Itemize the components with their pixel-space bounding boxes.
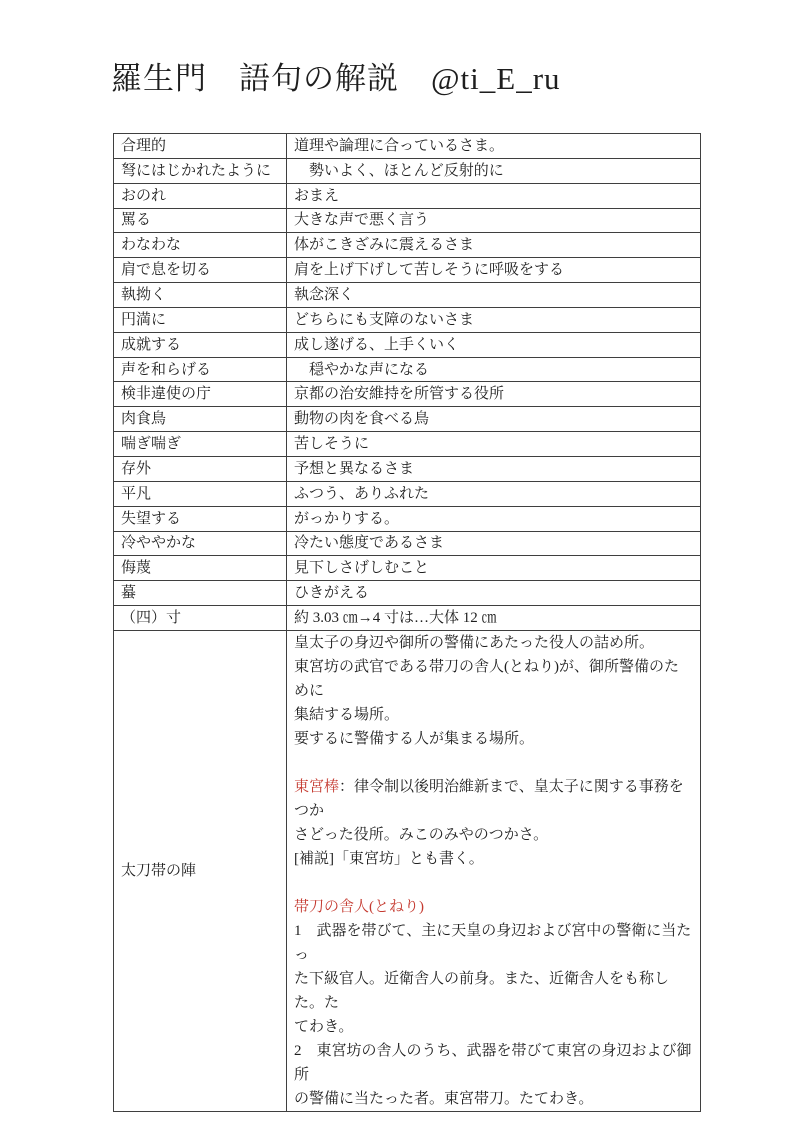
document-page: 羅生門 語句の解説 @ti_E_ru 合理的道理や論理に合っているさま。弩にはじ… — [0, 0, 794, 1123]
term-cell: 喘ぎ喘ぎ — [114, 432, 287, 457]
term-cell: （四）寸 — [114, 606, 287, 631]
definition-cell: 体がこきざみに震えるさま — [287, 233, 701, 258]
table-row: 冷ややかな冷たい態度であるさま — [114, 531, 701, 556]
definition-cell: ひきがえる — [287, 581, 701, 606]
definition-cell: 見下しさげしむこと — [287, 556, 701, 581]
table-row: 肩で息を切る肩を上げ下げして苦しそうに呼吸をする — [114, 258, 701, 283]
detail-line: 1 武器を帯びて、主に天皇の身辺および宮中の警衛に当たっ — [294, 919, 693, 967]
term-cell: 蟇 — [114, 581, 287, 606]
table-row: 侮蔑見下しさげしむこと — [114, 556, 701, 581]
red-highlight-text: 帯刀の舎人(とねり) — [294, 899, 424, 915]
table-row: 失望するがっかりする。 — [114, 506, 701, 531]
detail-line: 東宮棒：律令制以後明治維新まで、皇太子に関する事務をつか — [294, 775, 693, 823]
term-cell: 円満に — [114, 307, 287, 332]
table-row: 平凡ふつう、ありふれた — [114, 481, 701, 506]
term-cell: 肉食鳥 — [114, 407, 287, 432]
definition-cell: 肩を上げ下げして苦しそうに呼吸をする — [287, 258, 701, 283]
table-row: 罵る大きな声で悪く言う — [114, 208, 701, 233]
definition-cell: 約 3.03 ㎝→4 寸は…大体 12 ㎝ — [287, 606, 701, 631]
detail-line: の警備に当たった者。東宮帯刀。たてわき。 — [294, 1087, 693, 1111]
definition-cell: 成し遂げる、上手くいく — [287, 332, 701, 357]
definition-cell: 冷たい態度であるさま — [287, 531, 701, 556]
term-cell: わなわな — [114, 233, 287, 258]
definition-cell: 道理や論理に合っているさま。 — [287, 134, 701, 159]
term-cell: 侮蔑 — [114, 556, 287, 581]
table-row: わなわな体がこきざみに震えるさま — [114, 233, 701, 258]
detail-line: た下級官人。近衛舎人の前身。また、近衛舎人をも称した。た — [294, 967, 693, 1015]
detail-line: 皇太子の身辺や御所の警備にあたった役人の詰め所。 — [294, 631, 693, 655]
detail-line — [294, 871, 693, 895]
term-cell: 存外 — [114, 456, 287, 481]
page-title: 羅生門 語句の解説 @ti_E_ru — [111, 60, 561, 97]
table-row: 検非違使の庁京都の治安維持を所管する役所 — [114, 382, 701, 407]
table-row: 執拗く執念深く — [114, 283, 701, 308]
table-row: 成就する成し遂げる、上手くいく — [114, 332, 701, 357]
definition-cell: 予想と異なるさま — [287, 456, 701, 481]
definition-cell: 穏やかな声になる — [287, 357, 701, 382]
definition-cell: ふつう、ありふれた — [287, 481, 701, 506]
definition-cell: 勢いよく、ほとんど反射的に — [287, 158, 701, 183]
term-cell: 肩で息を切る — [114, 258, 287, 283]
detail-line: [補説]「東宮坊」とも書く。 — [294, 847, 693, 871]
definition-cell: 動物の肉を食べる鳥 — [287, 407, 701, 432]
term-cell: 弩にはじかれたように — [114, 158, 287, 183]
term-cell: 成就する — [114, 332, 287, 357]
definition-cell: 皇太子の身辺や御所の警備にあたった役人の詰め所。東宮坊の武官である帯刀の舎人(と… — [287, 630, 701, 1111]
definition-cell: 苦しそうに — [287, 432, 701, 457]
detail-line: 帯刀の舎人(とねり) — [294, 895, 693, 919]
table-row: 弩にはじかれたように 勢いよく、ほとんど反射的に — [114, 158, 701, 183]
red-highlight-text: 東宮棒 — [294, 779, 339, 795]
detail-line: 2 東宮坊の舎人のうち、武器を帯びて東宮の身辺および御所 — [294, 1039, 693, 1087]
table-row: （四）寸約 3.03 ㎝→4 寸は…大体 12 ㎝ — [114, 606, 701, 631]
table-row-detail: 太刀帯の陣皇太子の身辺や御所の警備にあたった役人の詰め所。東宮坊の武官である帯刀… — [114, 630, 701, 1111]
term-cell: 冷ややかな — [114, 531, 287, 556]
term-cell: 太刀帯の陣 — [114, 630, 287, 1111]
term-cell: おのれ — [114, 183, 287, 208]
table-row: 声を和らげる 穏やかな声になる — [114, 357, 701, 382]
definition-cell: 京都の治安維持を所管する役所 — [287, 382, 701, 407]
term-cell: 平凡 — [114, 481, 287, 506]
table-row: 円満にどちらにも支障のないさま — [114, 307, 701, 332]
definition-cell: がっかりする。 — [287, 506, 701, 531]
table-row: おのれおまえ — [114, 183, 701, 208]
glossary-table: 合理的道理や論理に合っているさま。弩にはじかれたように 勢いよく、ほとんど反射的… — [113, 133, 701, 1112]
table-row: 肉食鳥動物の肉を食べる鳥 — [114, 407, 701, 432]
detail-line — [294, 751, 693, 775]
table-row: 存外予想と異なるさま — [114, 456, 701, 481]
definition-cell: おまえ — [287, 183, 701, 208]
table-row: 蟇ひきがえる — [114, 581, 701, 606]
detail-line: 東宮坊の武官である帯刀の舎人(とねり)が、御所警備のために — [294, 655, 693, 703]
term-cell: 失望する — [114, 506, 287, 531]
term-cell: 執拗く — [114, 283, 287, 308]
term-cell: 合理的 — [114, 134, 287, 159]
definition-cell: どちらにも支障のないさま — [287, 307, 701, 332]
term-cell: 声を和らげる — [114, 357, 287, 382]
term-cell: 検非違使の庁 — [114, 382, 287, 407]
detail-line: 集結する場所。 — [294, 703, 693, 727]
detail-line: てわき。 — [294, 1015, 693, 1039]
definition-cell: 執念深く — [287, 283, 701, 308]
term-cell: 罵る — [114, 208, 287, 233]
detail-line: さどった役所。みこのみやのつかさ。 — [294, 823, 693, 847]
definition-cell: 大きな声で悪く言う — [287, 208, 701, 233]
detail-line: 要するに警備する人が集まる場所。 — [294, 727, 693, 751]
table-row: 喘ぎ喘ぎ苦しそうに — [114, 432, 701, 457]
table-row: 合理的道理や論理に合っているさま。 — [114, 134, 701, 159]
glossary-table-body: 合理的道理や論理に合っているさま。弩にはじかれたように 勢いよく、ほとんど反射的… — [114, 134, 701, 1112]
